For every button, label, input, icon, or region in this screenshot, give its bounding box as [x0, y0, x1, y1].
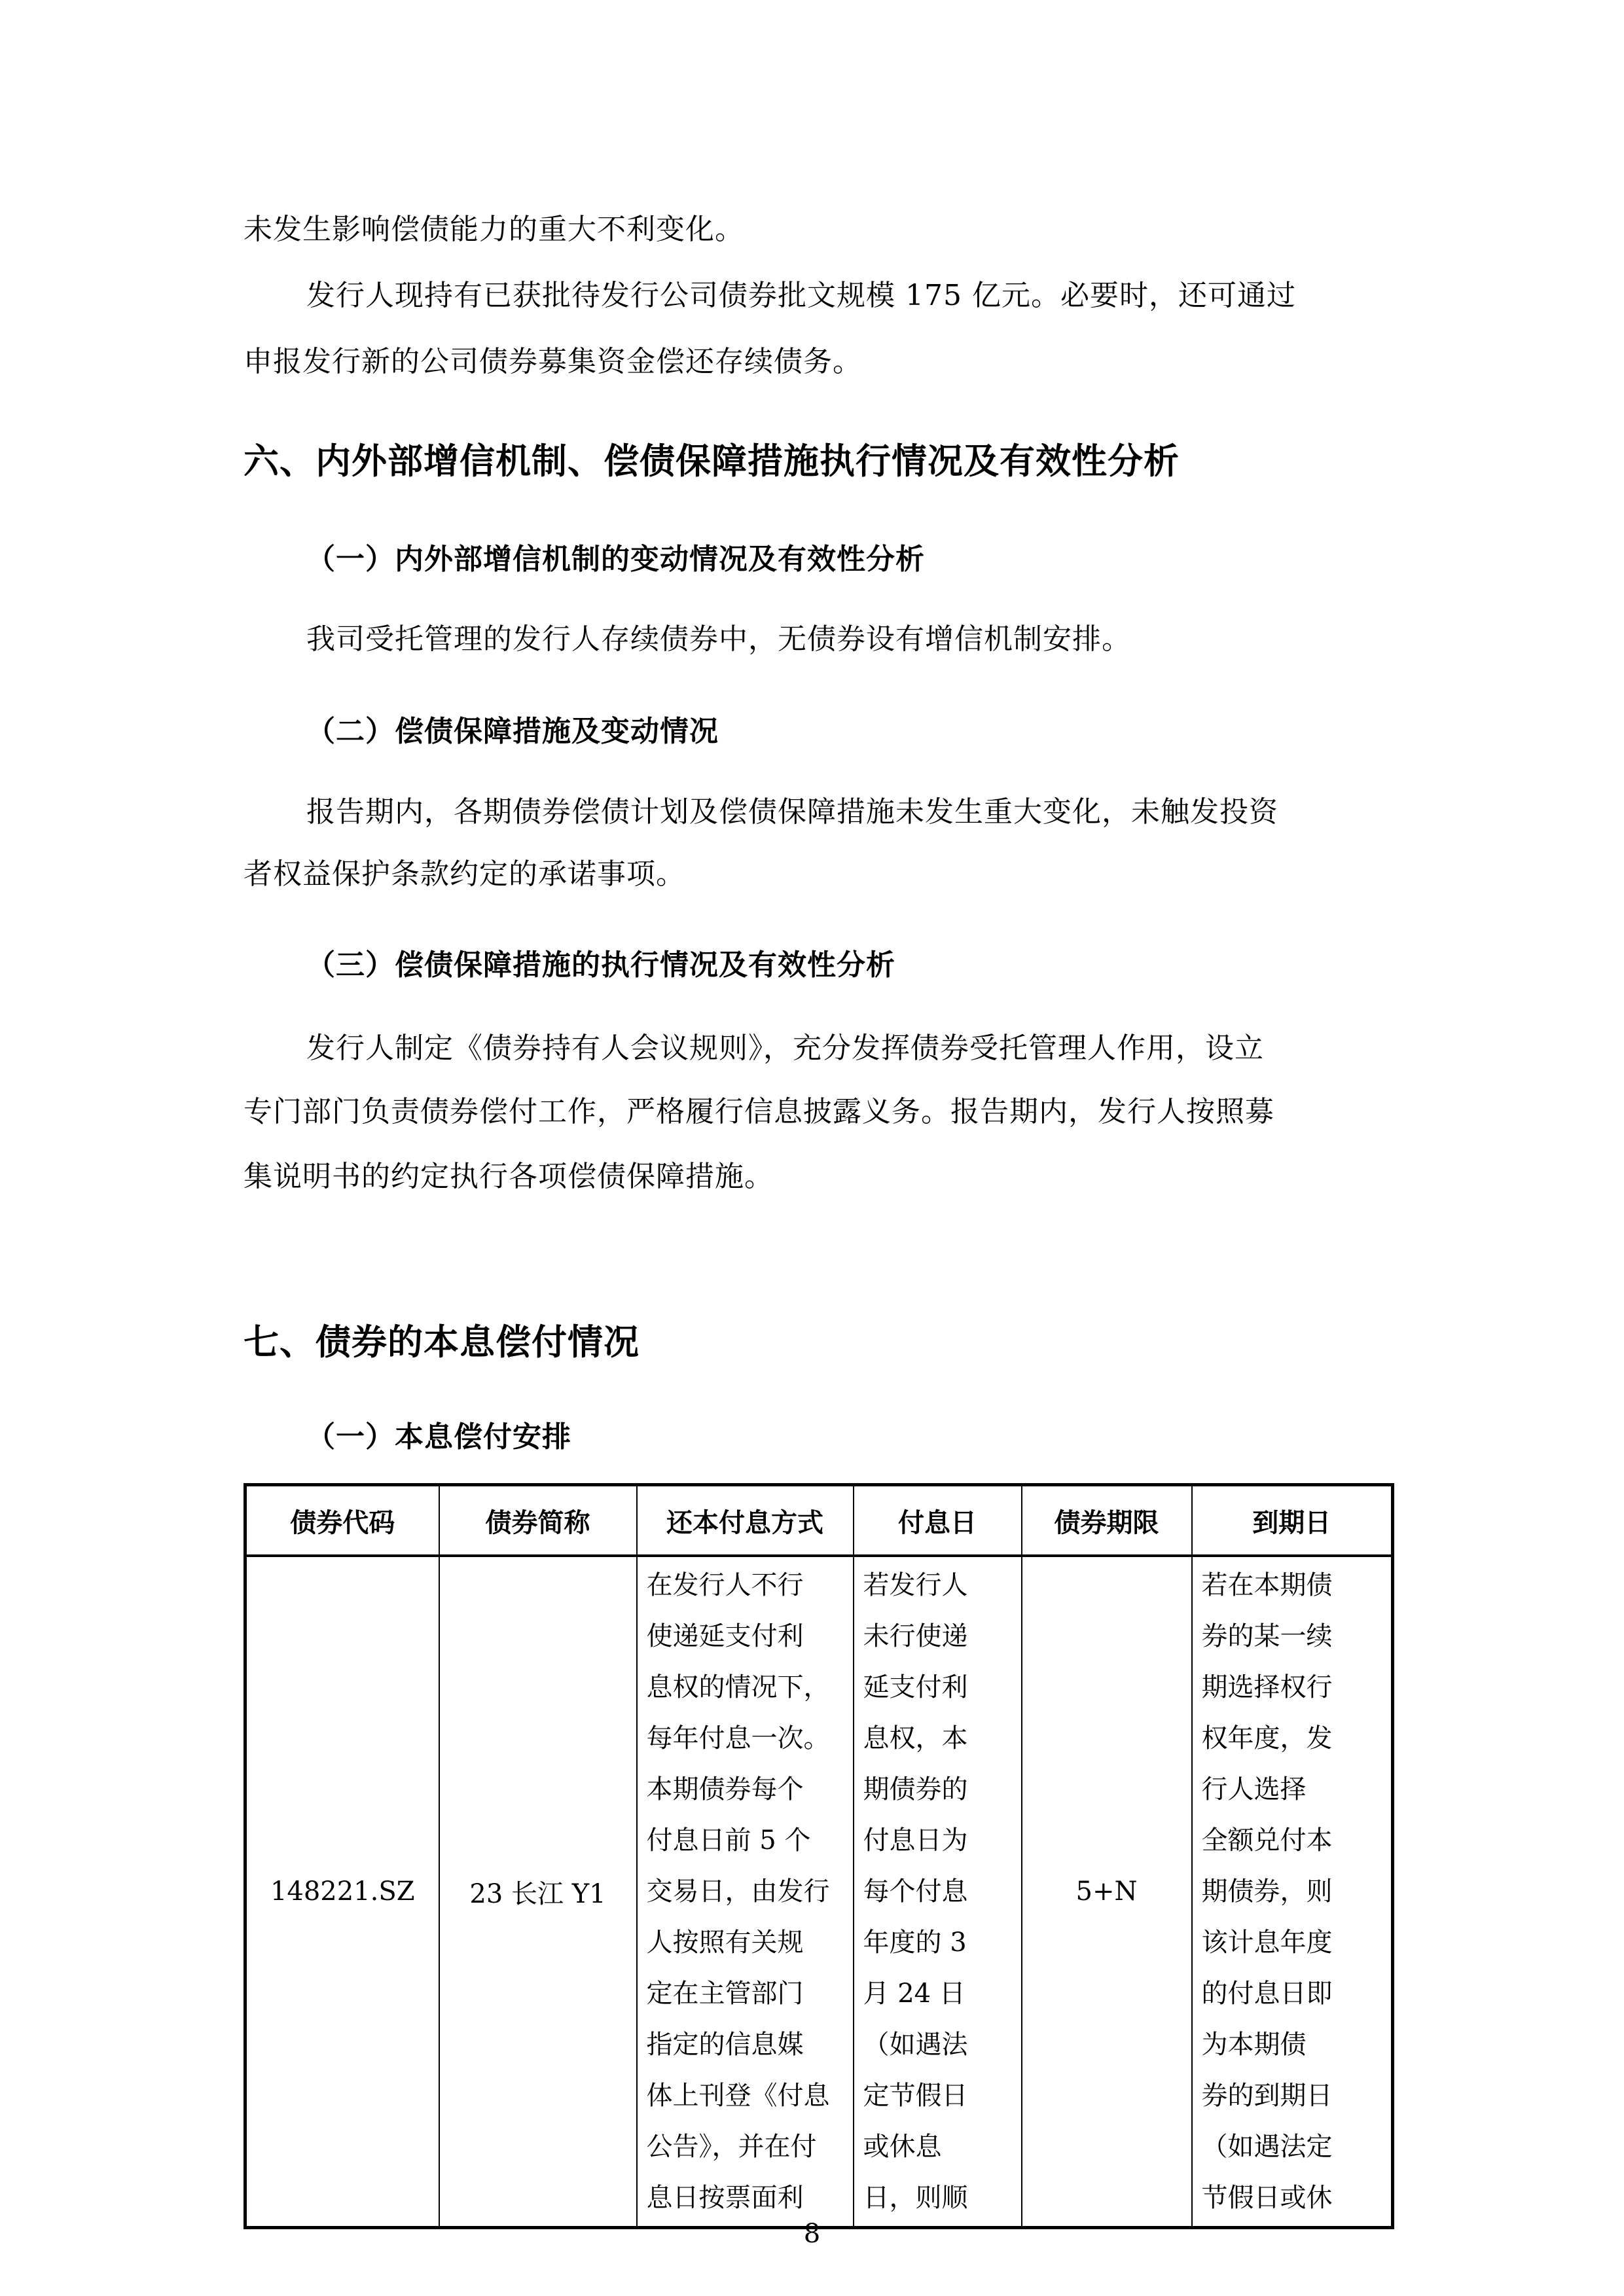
repayment-method-text: 在发行人不行 使递延支付利 息权的情况下， 每年付息一次。 本期债券每个 付息日…	[638, 1557, 853, 2226]
table-header-row: 债券代码 债券简称 还本付息方式 付息日 债券期限 到期日	[245, 1485, 1393, 1556]
page-number: 8	[0, 2219, 1624, 2249]
paragraph-line: 集说明书的约定执行各项偿债保障措施。	[244, 1144, 1391, 1209]
section-heading-6: 六、内外部增信机制、偿债保障措施执行情况及有效性分析	[244, 433, 1180, 484]
paragraph-line: 发行人现持有已获批待发行公司债券批文规模 175 亿元。必要时，还可通过	[244, 263, 1454, 328]
interest-date-text: 若发行人 未行使递 延支付利 息权，本 期债券的 付息日为 每个付息 年度的 3…	[854, 1557, 1021, 2226]
bond-term-cell: 5+N	[1022, 1556, 1192, 2228]
paragraph-line: 发行人制定《债券持有人会议规则》，充分发挥债券受托管理人作用，设立	[244, 1016, 1454, 1081]
paragraph-line: 我司受托管理的发行人存续债券中，无债券设有增信机制安排。	[244, 607, 1454, 672]
table-row: 148221.SZ 23 长江 Y1 在发行人不行 使递延支付利 息权的情况下，…	[245, 1556, 1393, 2228]
subsection-heading-6-2: （二）偿债保障措施及变动情况	[306, 708, 719, 749]
column-header: 付息日	[854, 1485, 1022, 1556]
repayment-method-cell: 在发行人不行 使递延支付利 息权的情况下， 每年付息一次。 本期债券每个 付息日…	[637, 1556, 854, 2228]
column-header: 债券简称	[439, 1485, 637, 1556]
column-header: 债券期限	[1022, 1485, 1192, 1556]
maturity-date-text: 若在本期债 券的某一续 期选择权行 权年度，发 行人选择 全额兑付本 期债券，则…	[1193, 1557, 1392, 2226]
repayment-table: 债券代码 债券简称 还本付息方式 付息日 债券期限 到期日 148221.SZ …	[244, 1483, 1391, 2229]
paragraph-line: 专门部门负责债券偿付工作，严格履行信息披露义务。报告期内，发行人按照募	[244, 1079, 1391, 1144]
interest-date-cell: 若发行人 未行使递 延支付利 息权，本 期债券的 付息日为 每个付息 年度的 3…	[854, 1556, 1022, 2228]
subsection-heading-6-3: （三）偿债保障措施的执行情况及有效性分析	[306, 941, 895, 983]
bond-code-cell: 148221.SZ	[245, 1556, 439, 2228]
paragraph-line: 未发生影响偿债能力的重大不利变化。	[244, 197, 1391, 262]
paragraph-line: 者权益保护条款约定的承诺事项。	[244, 842, 1391, 906]
maturity-date-cell: 若在本期债 券的某一续 期选择权行 权年度，发 行人选择 全额兑付本 期债券，则…	[1192, 1556, 1393, 2228]
subsection-heading-6-1: （一）内外部增信机制的变动情况及有效性分析	[306, 535, 925, 577]
column-header: 债券代码	[245, 1485, 439, 1556]
column-header: 到期日	[1192, 1485, 1393, 1556]
section-heading-7: 七、债券的本息偿付情况	[244, 1314, 640, 1365]
bond-name-cell: 23 长江 Y1	[439, 1556, 637, 2228]
subsection-heading-7-1: （一）本息偿付安排	[306, 1413, 571, 1455]
column-header: 还本付息方式	[637, 1485, 854, 1556]
paragraph-line: 报告期内，各期债券偿债计划及偿债保障措施未发生重大变化，未触发投资	[244, 780, 1454, 844]
document-page: 未发生影响偿债能力的重大不利变化。 发行人现持有已获批待发行公司债券批文规模 1…	[0, 0, 1624, 2296]
paragraph-line: 申报发行新的公司债券募集资金偿还存续债务。	[244, 329, 1391, 394]
